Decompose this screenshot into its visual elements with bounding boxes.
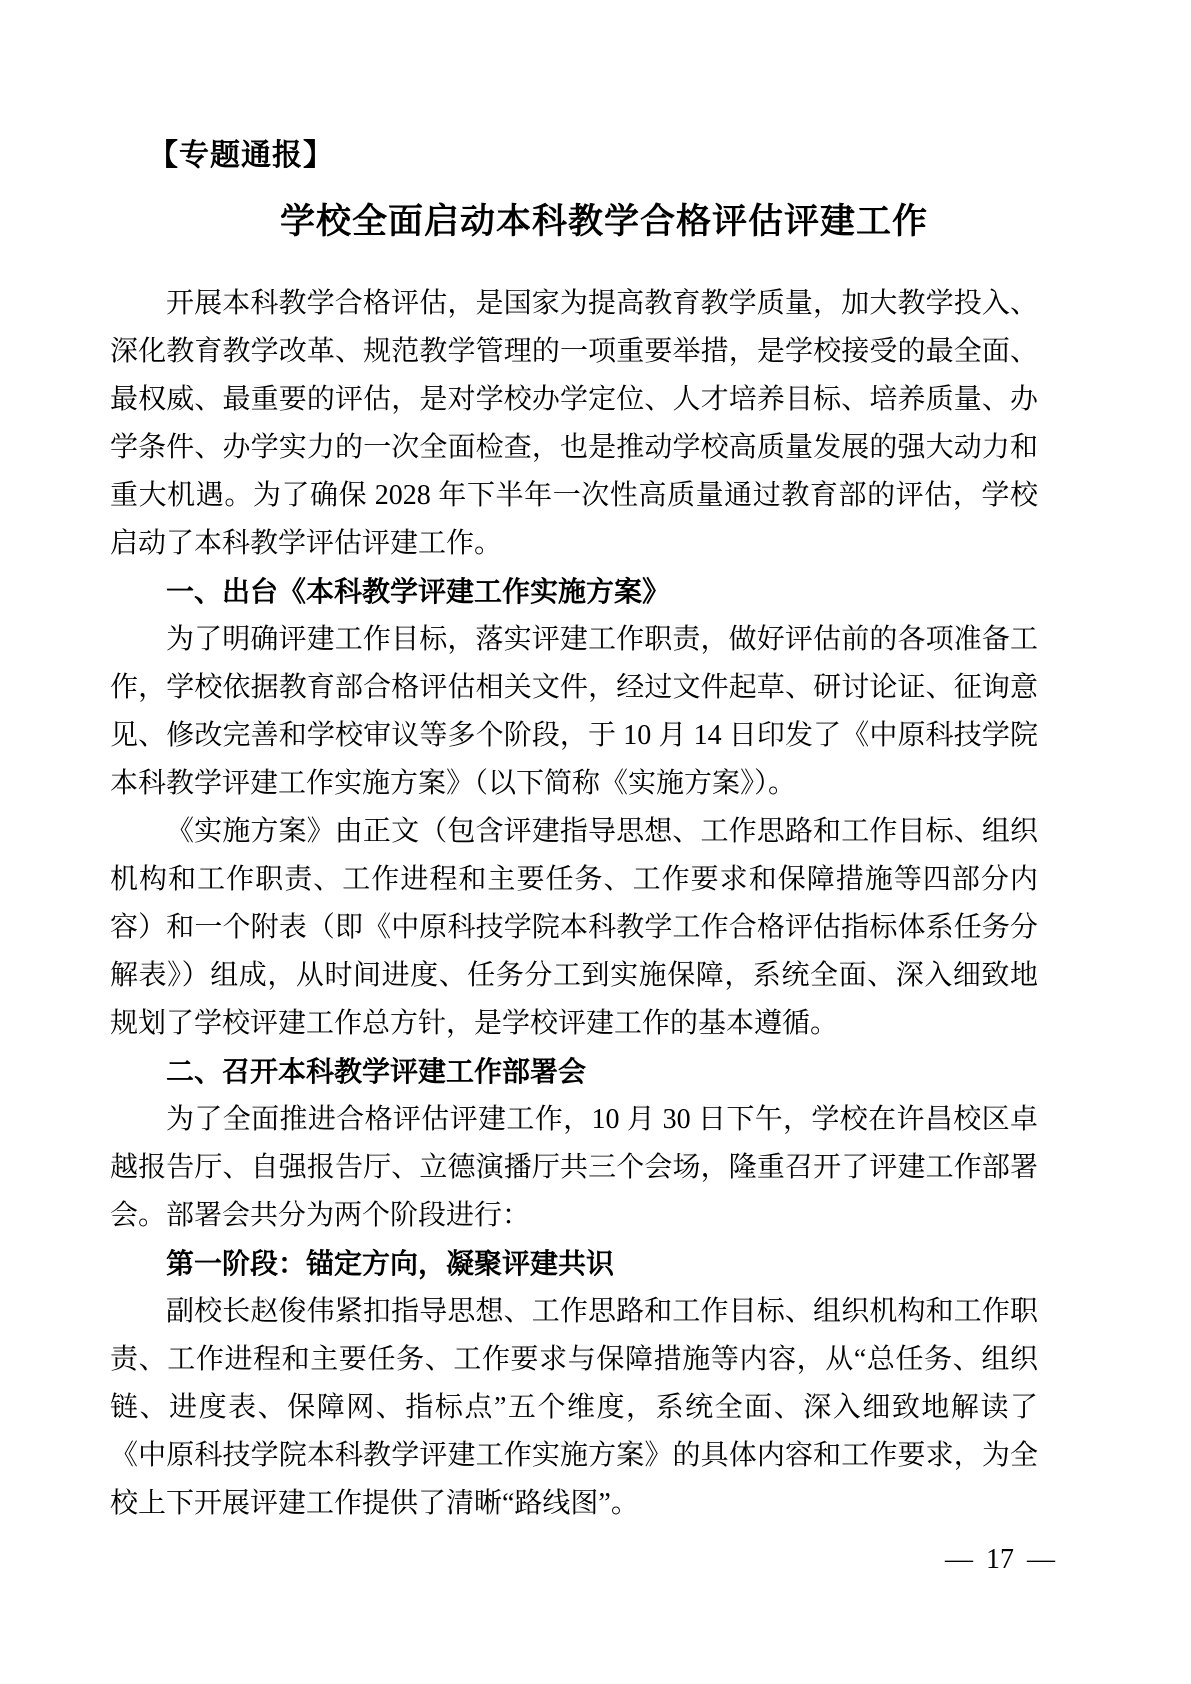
- page-number-footer: — 17 —: [945, 1544, 1055, 1576]
- paragraph-plan-issued: 为了明确评建工作目标，落实评建工作职责，做好评估前的各项准备工作，学校依据教育部…: [110, 616, 1038, 808]
- heading-section-2: 二、召开本科教学评建工作部署会: [110, 1048, 1038, 1096]
- paragraph-intro: 开展本科教学合格评估，是国家为提高教育教学质量，加大教学投入、深化教育教学改革、…: [110, 280, 1038, 568]
- section-tag: 【专题通报】: [148, 136, 1038, 176]
- paragraph-plan-composition: 《实施方案》由正文（包含评建指导思想、工作思路和工作目标、组织机构和工作职责、工…: [110, 808, 1038, 1048]
- heading-section-1: 一、出台《本科教学评建工作实施方案》: [110, 568, 1038, 616]
- document-page: 【专题通报】 学校全面启动本科教学合格评估评建工作 开展本科教学合格评估，是国家…: [0, 0, 1191, 1684]
- paragraph-deployment-meeting: 为了全面推进合格评估评建工作，10 月 30 日下午，学校在许昌校区卓越报告厅、…: [110, 1096, 1038, 1240]
- footer-page-number: 17: [986, 1544, 1014, 1576]
- document-body: 开展本科教学合格评估，是国家为提高教育教学质量，加大教学投入、深化教育教学改革、…: [110, 280, 1038, 1528]
- heading-stage-1: 第一阶段：锚定方向，凝聚评建共识: [110, 1240, 1038, 1288]
- paragraph-stage-1-detail: 副校长赵俊伟紧扣指导思想、工作思路和工作目标、组织机构和工作职责、工作进程和主要…: [110, 1288, 1038, 1528]
- footer-dash-left: —: [945, 1544, 973, 1576]
- page-title: 学校全面启动本科教学合格评估评建工作: [110, 198, 1038, 246]
- footer-dash-right: —: [1027, 1544, 1055, 1576]
